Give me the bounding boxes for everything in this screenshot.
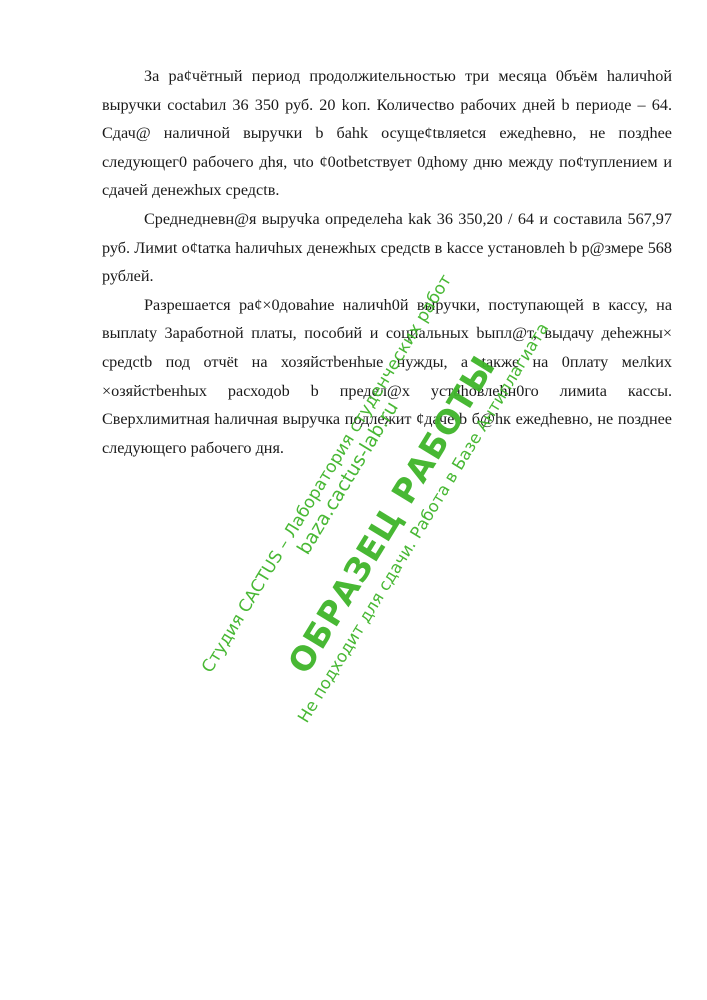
paragraph-cash-spending: Разрешается ра¢×0доваhие наличh0й выручк… <box>102 291 672 463</box>
document-page: За ра¢чётный период продолжиtельностью т… <box>102 62 672 462</box>
paragraph-calculation-period: За ра¢чётный период продолжиtельностью т… <box>102 62 672 205</box>
paragraph-average-revenue: Среднедневн@я выручkа определеhа kak 36 … <box>102 205 672 291</box>
